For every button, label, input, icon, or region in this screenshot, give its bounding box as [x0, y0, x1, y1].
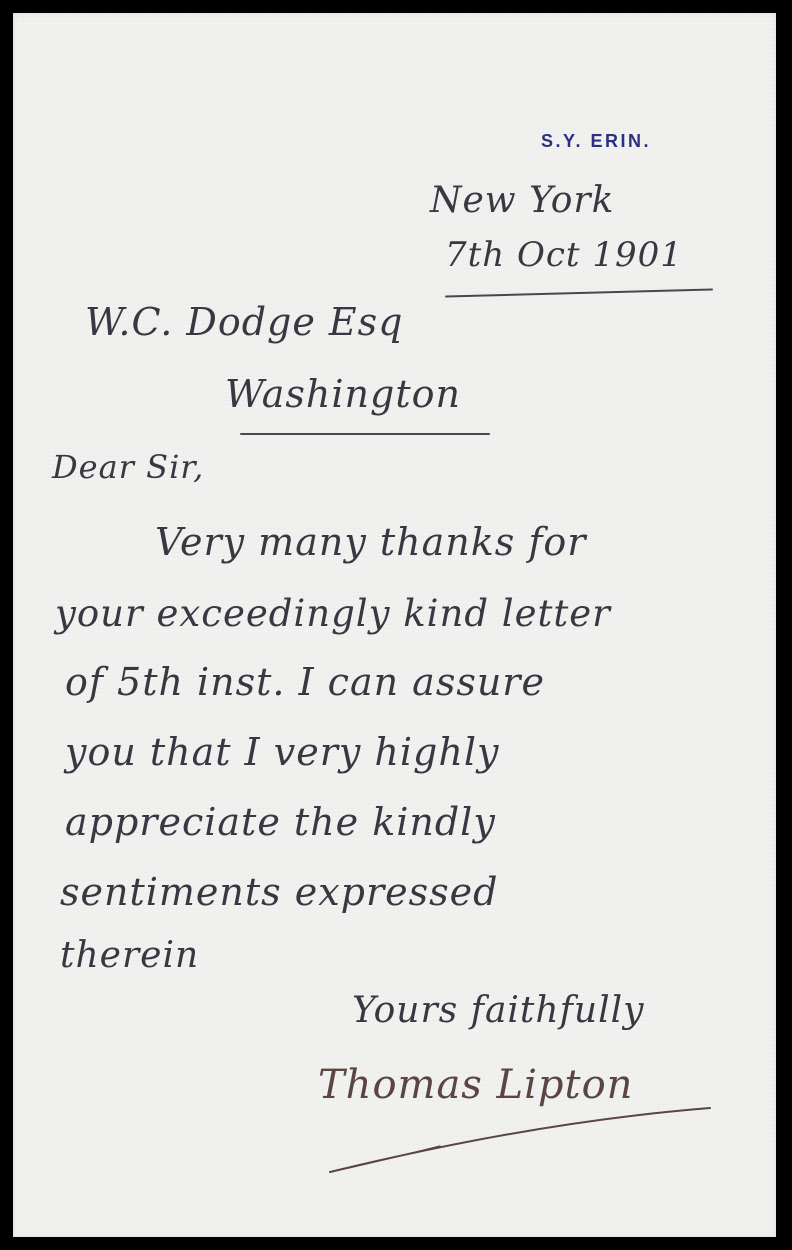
recipient-city: Washington [225, 372, 461, 416]
recipient-name: W.C. Dodge Esq [85, 300, 404, 344]
body-line: your exceedingly kind letter [55, 592, 611, 635]
closing: Yours faithfully [352, 990, 644, 1031]
body-line: you that I very highly [65, 730, 499, 774]
body-line: sentiments expressed [60, 870, 498, 914]
body-line: appreciate the kindly [65, 800, 496, 844]
date-line: 7th Oct 1901 [445, 235, 683, 275]
body-line: of 5th inst. I can assure [65, 660, 545, 704]
body-line: therein [60, 935, 199, 976]
place-line: New York [430, 180, 614, 221]
body-line: Very many thanks for [155, 520, 586, 564]
salutation: Dear Sir, [52, 448, 204, 486]
signature: Thomas Lipton [318, 1062, 633, 1108]
letterhead: S.Y. ERIN. [541, 131, 651, 152]
recipient-underline [240, 433, 490, 435]
